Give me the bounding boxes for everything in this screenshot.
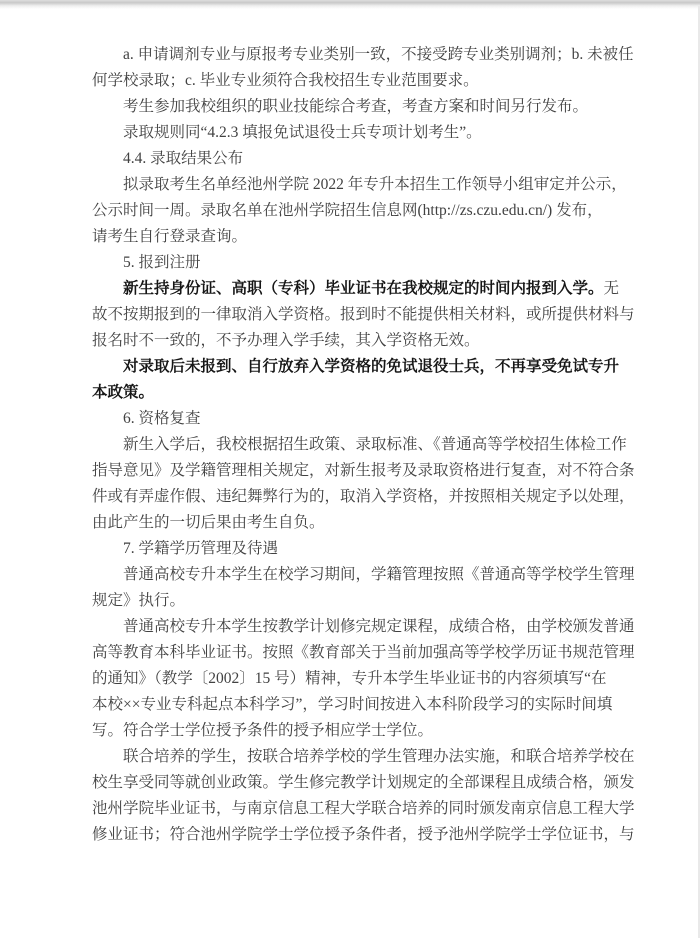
body-text: 的通知》（教学〔2002〕15 号）精神，专升本学生毕业证书的内容须填写“在: [92, 670, 607, 687]
body-text: 新生入学后，我校根据招生政策、录取标准、《普通高等学校招生体检工作: [123, 436, 627, 453]
text-line: 拟录取考生名单经池州学院 2022 年专升本招生工作领导小组审定并公示，: [92, 172, 612, 198]
text-line: 考生参加我校组织的职业技能综合考查，考查方案和时间另行发布。: [92, 94, 612, 120]
text-line: 新生持身份证、高职（专科）毕业证书在我校规定的时间内报到入学。无: [92, 276, 612, 302]
body-text: 5. 报到注册: [123, 254, 201, 271]
text-line: 修业证书；符合池州学院学士学位授予条件者，授予池州学院学士学位证书，与: [92, 822, 612, 848]
text-line: 公示时间一周。录取名单在池州学院招生信息网(http://zs.czu.edu.…: [92, 198, 612, 224]
body-text: 普通高校专升本学生按教学计划修完规定课程，成绩合格，由学校颁发普通: [123, 618, 635, 635]
body-text: 由此产生的一切后果由考生自负。: [92, 514, 325, 531]
text-line: 请考生自行登录查询。: [92, 224, 612, 250]
body-text: 无: [604, 280, 620, 297]
text-line: 5. 报到注册: [92, 250, 612, 276]
text-line: 7. 学籍学历管理及待遇: [92, 536, 612, 562]
text-line: 报名时不一致的，不予办理入学手续，其入学资格无效。: [92, 328, 612, 354]
body-text: 高等教育本科毕业证书。按照《教育部关于当前加强高等学校学历证书规范管理: [92, 644, 635, 661]
bold-text: 对录取后未报到、自行放弃入学资格的免试退役士兵，不再享受免试专升: [123, 358, 619, 375]
body-text: a. 申请调剂专业与原报考专业类别一致，不接受跨专业类别调剂；b. 未被任: [123, 46, 634, 63]
text-line: 写。符合学士学位授予条件的授予相应学士学位。: [92, 718, 612, 744]
document-text: a. 申请调剂专业与原报考专业类别一致，不接受跨专业类别调剂；b. 未被任何学校…: [92, 42, 612, 848]
text-line: 普通高校专升本学生按教学计划修完规定课程，成绩合格，由学校颁发普通: [92, 614, 612, 640]
body-text: 6. 资格复查: [123, 410, 201, 427]
text-line: 新生入学后，我校根据招生政策、录取标准、《普通高等学校招生体检工作: [92, 432, 612, 458]
text-line: 件或有弄虚作假、违纪舞弊行为的，取消入学资格，并按照相关规定予以处理，: [92, 484, 612, 510]
text-line: 高等教育本科毕业证书。按照《教育部关于当前加强高等学校学历证书规范管理: [92, 640, 612, 666]
body-text: 录取规则同“4.2.3 填报免试退役士兵专项计划考生”。: [123, 124, 482, 141]
text-line: 由此产生的一切后果由考生自负。: [92, 510, 612, 536]
bold-text: 新生持身份证、高职（专科）毕业证书在我校规定的时间内报到入学。: [123, 280, 604, 297]
body-text: 件或有弄虚作假、违纪舞弊行为的，取消入学资格，并按照相关规定予以处理，: [92, 488, 635, 505]
text-line: 的通知》（教学〔2002〕15 号）精神，专升本学生毕业证书的内容须填写“在: [92, 666, 612, 692]
text-line: 普通高校专升本学生在校学习期间，学籍管理按照《普通高等学校学生管理: [92, 562, 612, 588]
body-text: 4.4. 录取结果公布: [123, 150, 243, 167]
text-line: 池州学院毕业证书，与南京信息工程大学联合培养的同时颁发南京信息工程大学: [92, 796, 612, 822]
body-text: 池州学院毕业证书，与南京信息工程大学联合培养的同时颁发南京信息工程大学: [92, 800, 635, 817]
text-line: 校生享受同等就创业政策。学生修完教学计划规定的全部课程且成绩合格，颁发: [92, 770, 612, 796]
text-line: 何学校录取；c. 毕业专业须符合我校招生专业范围要求。: [92, 68, 612, 94]
bold-text: 本政策。: [92, 384, 154, 401]
body-text: 考生参加我校组织的职业技能综合考查，考查方案和时间另行发布。: [123, 98, 588, 115]
text-line: 联合培养的学生，按联合培养学校的学生管理办法实施，和联合培养学校在: [92, 744, 612, 770]
body-text: 请考生自行登录查询。: [92, 228, 247, 245]
text-line: 故不按期报到的一律取消入学资格。报到时不能提供相关材料，或所提供材料与: [92, 302, 612, 328]
body-text: 联合培养的学生，按联合培养学校的学生管理办法实施，和联合培养学校在: [123, 748, 635, 765]
body-text: 本校××专业专科起点本科学习”，学习时间按进入本科阶段学习的实际时间填: [92, 696, 612, 713]
body-text: 指导意见》及学籍管理相关规定，对新生报考及录取资格进行复查，对不符合条: [92, 462, 635, 479]
text-line: 指导意见》及学籍管理相关规定，对新生报考及录取资格进行复查，对不符合条: [92, 458, 612, 484]
document-page: a. 申请调剂专业与原报考专业类别一致，不接受跨专业类别调剂；b. 未被任何学校…: [0, 0, 700, 938]
text-line: 本校××专业专科起点本科学习”，学习时间按进入本科阶段学习的实际时间填: [92, 692, 612, 718]
body-text: 报名时不一致的，不予办理入学手续，其入学资格无效。: [92, 332, 480, 349]
text-line: 4.4. 录取结果公布: [92, 146, 612, 172]
page-top-edge: [0, 0, 700, 9]
text-line: 录取规则同“4.2.3 填报免试退役士兵专项计划考生”。: [92, 120, 612, 146]
text-line: 本政策。: [92, 380, 612, 406]
text-line: 对录取后未报到、自行放弃入学资格的免试退役士兵，不再享受免试专升: [92, 354, 612, 380]
text-line: a. 申请调剂专业与原报考专业类别一致，不接受跨专业类别调剂；b. 未被任: [92, 42, 612, 68]
body-text: 写。符合学士学位授予条件的授予相应学士学位。: [92, 722, 433, 739]
body-text: 修业证书；符合池州学院学士学位授予条件者，授予池州学院学士学位证书，与: [92, 826, 635, 843]
body-text: 拟录取考生名单经池州学院 2022 年专升本招生工作领导小组审定并公示，: [123, 176, 627, 193]
text-line: 6. 资格复查: [92, 406, 612, 432]
text-line: 规定》执行。: [92, 588, 612, 614]
body-text: 规定》执行。: [92, 592, 185, 609]
body-text: 7. 学籍学历管理及待遇: [123, 540, 278, 557]
body-text: 普通高校专升本学生在校学习期间，学籍管理按照《普通高等学校学生管理: [123, 566, 635, 583]
body-text: 何学校录取；c. 毕业专业须符合我校招生专业范围要求。: [92, 72, 479, 89]
body-text: 公示时间一周。录取名单在池州学院招生信息网(http://zs.czu.edu.…: [92, 202, 603, 219]
body-text: 故不按期报到的一律取消入学资格。报到时不能提供相关材料，或所提供材料与: [92, 306, 635, 323]
body-text: 校生享受同等就创业政策。学生修完教学计划规定的全部课程且成绩合格，颁发: [92, 774, 635, 791]
